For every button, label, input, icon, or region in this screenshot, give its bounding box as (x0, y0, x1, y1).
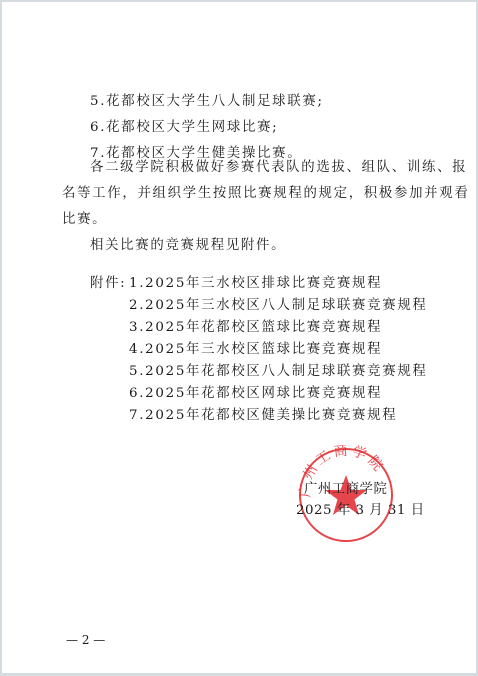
attachment-item: 1.2025年三水校区排球比赛竞赛规程 (129, 276, 382, 292)
attachment-item: 2.2025年三水校区八人制足球联赛竞赛规程 (129, 298, 428, 314)
paragraph-line: 各二级学院积极做好参赛代表队的选拔、组队、训练、报 (90, 160, 467, 176)
document-page: 5.花都校区大学生八人制足球联赛; 6.花都校区大学生网球比赛; 7.花都校区大… (0, 0, 478, 676)
signature-org: 广州工商学院 (304, 482, 387, 498)
page-number: — 2 — (66, 633, 105, 647)
attachment-item: 3.2025年花都校区篮球比赛竞赛规程 (129, 320, 382, 336)
attachment-item: 6.2025年花都校区网球比赛竞赛规程 (129, 386, 382, 402)
attachments-label: 附件: (90, 276, 126, 292)
paragraph-line: 相关比赛的竞赛规程见附件。 (90, 238, 286, 254)
list-item: 5.花都校区大学生八人制足球联赛; (90, 94, 324, 110)
list-item: 6.花都校区大学生网球比赛; (90, 120, 278, 136)
signature-date: 2025 年 3 月 31 日 (296, 503, 425, 519)
attachment-item: 5.2025年花都校区八人制足球联赛竞赛规程 (129, 364, 428, 380)
paragraph-line: 名等工作，并组织学生按照比赛规程的规定，积极参加并观看 (62, 186, 469, 202)
attachment-item: 4.2025年三水校区篮球比赛竞赛规程 (129, 342, 382, 358)
attachment-item: 7.2025年花都校区健美操比赛竞赛规程 (129, 408, 397, 424)
paragraph-line: 比赛。 (62, 212, 107, 228)
